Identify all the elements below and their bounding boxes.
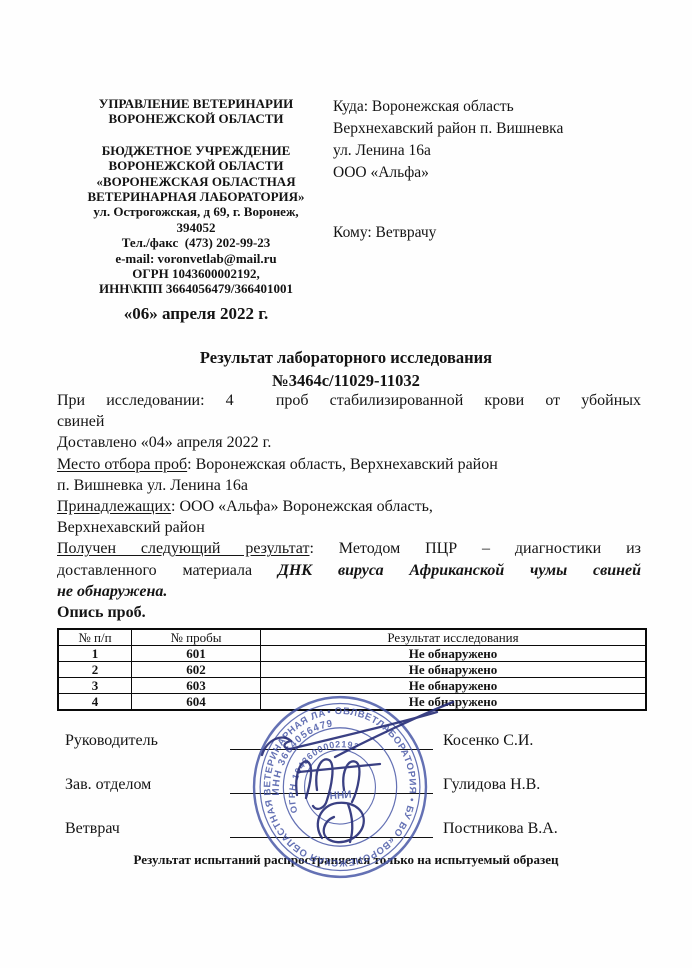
recipient-block: Куда: Воронежская область Верхнехавский … <box>333 96 643 244</box>
col-header-sample-id: № пробы <box>132 629 261 646</box>
document-date: «06» апреля 2022 г. <box>57 304 335 324</box>
result-emphasis: ДНК вируса Африканской чумы свиней <box>278 562 641 579</box>
org-address-line: 394052 <box>57 220 335 235</box>
table-header-row: № п/п № пробы Результат исследования <box>58 629 646 646</box>
field-label-result: Получен следующий результат <box>57 540 309 557</box>
table-row: 1 601 Не обнаружено <box>58 646 646 662</box>
document-number: №3464с/11029-11032 <box>0 369 692 392</box>
org-header-block: УПРАВЛЕНИЕ ВЕТЕРИНАРИИ ВОРОНЕЖСКОЙ ОБЛАС… <box>57 96 335 324</box>
samples-table-wrap: № п/п № пробы Результат исследования 1 6… <box>57 628 643 711</box>
org-department-line: УПРАВЛЕНИЕ ВЕТЕРИНАРИИ <box>57 96 335 111</box>
field-label-owner: Принадлежащих <box>57 498 171 515</box>
org-institution-line: «ВОРОНЕЖСКАЯ ОБЛАСТНАЯ <box>57 174 335 189</box>
org-institution-line: БЮДЖЕТНОЕ УЧРЕЖДЕНИЕ <box>57 143 335 158</box>
org-institution-line: ВОРОНЕЖСКОЙ ОБЛАСТИ <box>57 158 335 173</box>
recipient-address-line: Верхнехавский район п. Вишневка <box>333 118 643 140</box>
cell-sample-id: 603 <box>132 678 261 694</box>
spacer <box>57 127 335 143</box>
recipient-address-line: Куда: Воронежская область <box>333 96 643 118</box>
cell-number: 3 <box>58 678 132 694</box>
body-text: Доставлено «04» апреля 2022 г. <box>57 434 271 451</box>
body-line: не обнаружена. <box>57 581 641 602</box>
body-text: п. Вишневка ул. Ленина 16а <box>57 477 248 494</box>
footer-note: Результат испытаний распространяется тол… <box>0 852 692 868</box>
body-line: свиней <box>57 411 641 432</box>
col-header-result: Результат исследования <box>261 629 647 646</box>
body-text: Верхнехавский район <box>57 519 205 536</box>
table-row: 2 602 Не обнаружено <box>58 662 646 678</box>
body-line: Верхнехавский район <box>57 517 641 538</box>
cell-result: Не обнаружено <box>261 678 647 694</box>
body-text: : ООО «Альфа» Воронежская область, <box>171 498 433 515</box>
cell-number: 2 <box>58 662 132 678</box>
recipient-person: Кому: Ветврачу <box>333 222 643 244</box>
org-email: e-mail: voronvetlab@mail.ru <box>57 251 335 266</box>
document-page: { "header": { "org": { "department": ["У… <box>0 0 692 968</box>
field-label-sampling-place: Место отбора проб <box>57 456 187 473</box>
result-emphasis: не обнаружена. <box>57 583 167 600</box>
body-line: Принадлежащих: ООО «Альфа» Воронежская о… <box>57 496 641 517</box>
body-line: п. Вишневка ул. Ленина 16а <box>57 475 641 496</box>
document-title-line: Результат лабораторного исследования <box>0 346 692 369</box>
signature-name: Косенко С.И. <box>443 732 533 750</box>
signature-line <box>230 793 433 794</box>
body-line: Место отбора проб: Воронежская область, … <box>57 454 641 475</box>
cell-sample-id: 604 <box>132 694 261 711</box>
body-line: доставленного материала ДНК вируса Африк… <box>57 560 641 581</box>
result-body: При исследовании: 4 проб стабилизированн… <box>57 390 641 623</box>
org-ogrn: ОГРН 1043600002192, <box>57 266 335 281</box>
samples-table: № п/п № пробы Результат исследования 1 6… <box>57 628 647 711</box>
body-line: Получен следующий результат: Методом ПЦР… <box>57 538 641 559</box>
recipient-address-line: ООО «Альфа» <box>333 162 643 184</box>
org-inn-kpp: ИНН\КПП 3664056479/366401001 <box>57 281 335 296</box>
body-text: : Воронежская область, Верхнехавский рай… <box>187 456 498 473</box>
col-header-number: № п/п <box>58 629 132 646</box>
signature-line <box>230 837 433 838</box>
signature-name: Гулидова Н.В. <box>443 776 540 794</box>
signature-row-director: Руководитель Косенко С.И. <box>57 730 641 764</box>
body-text: При исследовании: 4 проб стабилизированн… <box>57 392 641 409</box>
signature-role: Руководитель <box>65 732 158 750</box>
org-department-line: ВОРОНЕЖСКОЙ ОБЛАСТИ <box>57 111 335 126</box>
samples-list-label: Опись проб. <box>57 604 146 621</box>
table-row: 3 603 Не обнаружено <box>58 678 646 694</box>
signature-role: Ветврач <box>65 820 120 838</box>
cell-sample-id: 602 <box>132 662 261 678</box>
signature-row-dept-head: Зав. отделом Гулидова Н.В. <box>57 774 641 808</box>
signature-row-vet: Ветврач Постникова В.А. <box>57 818 641 852</box>
body-text: доставленного материала <box>57 562 278 579</box>
org-address-line: ул. Острогожская, д 69, г. Воронеж, <box>57 204 335 219</box>
signature-role: Зав. отделом <box>65 776 151 794</box>
cell-result: Не обнаружено <box>261 646 647 662</box>
signature-stroke-dept-head <box>299 764 380 772</box>
org-institution-line: ВЕТЕРИНАРНАЯ ЛАБОРАТОРИЯ» <box>57 189 335 204</box>
body-line: Доставлено «04» апреля 2022 г. <box>57 432 641 453</box>
body-line: При исследовании: 4 проб стабилизированн… <box>57 390 641 411</box>
body-text: свиней <box>57 413 104 430</box>
body-text: : Методом ПЦР – диагностики из <box>309 540 641 557</box>
signature-line <box>230 749 433 750</box>
signature-name: Постникова В.А. <box>443 820 558 838</box>
table-row: 4 604 Не обнаружено <box>58 694 646 711</box>
cell-number: 1 <box>58 646 132 662</box>
cell-result: Не обнаружено <box>261 662 647 678</box>
body-line: Опись проб. <box>57 602 641 623</box>
cell-number: 4 <box>58 694 132 711</box>
document-title: Результат лабораторного исследования №34… <box>0 346 692 392</box>
org-phone: Тел./факс (473) 202-99-23 <box>57 235 335 250</box>
cell-result: Не обнаружено <box>261 694 647 711</box>
cell-sample-id: 601 <box>132 646 261 662</box>
recipient-address-line: ул. Ленина 16а <box>333 140 643 162</box>
